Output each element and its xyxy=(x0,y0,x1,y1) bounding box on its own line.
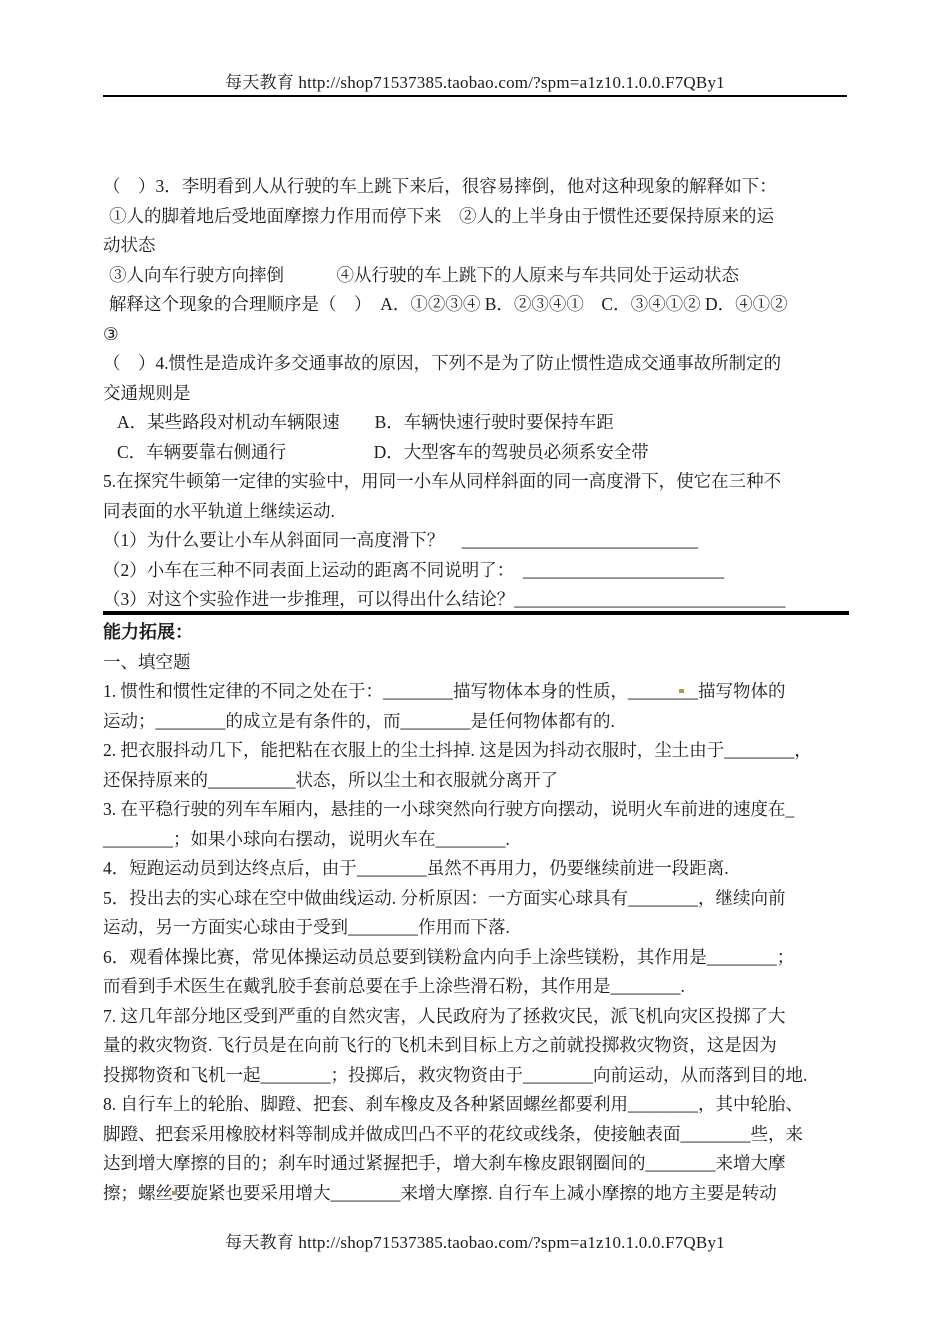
worksheet-section-extension: 能力拓展：一、填空题1. 惯性和惯性定律的不同之处在于：________描写物体… xyxy=(103,618,863,1208)
document-line: 1. 惯性和惯性定律的不同之处在于：________描写物体本身的性质，____… xyxy=(103,677,863,707)
document-line: 6．观看体操比赛，常见体操运动员总要到镁粉盒内向手上涂些镁粉，其作用是_____… xyxy=(103,943,863,973)
document-line: C．车辆要靠右侧通行 D．大型客车的驾驶员必须系安全带 xyxy=(103,438,863,468)
document-line: 解释这个现象的合理顺序是（ ） A．①②③④ B．②③④① C．③④①② D．④… xyxy=(103,290,863,320)
document-line: 3. 在平稳行驶的列车车厢内，悬挂的一小球突然向行驶方向摆动，说明火车前进的速度… xyxy=(103,795,863,825)
document-line: （ ）4.惯性是造成许多交通事故的原因，下列不是为了防止惯性造成交通事故所制定的 xyxy=(103,349,863,379)
document-line: 运动，另一方面实心球由于受到________作用而下落. xyxy=(103,913,863,943)
document-line: 擦；螺丝要旋紧也要采用增大________来增大摩擦. 自行车上减小摩擦的地方主… xyxy=(103,1179,863,1209)
document-line: ③人向车行驶方向摔倒 ④从行驶的车上跳下的人原来与车共同处于运动状态 xyxy=(103,261,863,291)
worksheet-page: 每天教育 http://shop71537385.taobao.com/?spm… xyxy=(0,0,950,1342)
document-line: 一、填空题 xyxy=(103,648,863,678)
document-line: 运动；________的成立是有条件的，而________是任何物体都有的. xyxy=(103,707,863,737)
highlight-dot xyxy=(679,689,684,693)
document-line: 4．短跑运动员到达终点后，由于________虽然不再用力，仍要继续前进一段距离… xyxy=(103,854,863,884)
section-divider xyxy=(103,611,849,615)
document-line: 还保持原来的__________状态，所以尘土和衣服就分离开了 xyxy=(103,766,863,796)
document-line: 动状态 xyxy=(103,231,863,261)
document-line: 达到增大摩擦的目的；刹车时通过紧握把手，增大刹车橡皮跟钢圈间的________来… xyxy=(103,1149,863,1179)
document-line: 7. 这几年部分地区受到严重的自然灾害，人民政府为了拯救灾民，派飞机向灾区投掷了… xyxy=(103,1002,863,1032)
document-line: 脚蹬、把套采用橡胶材料等制成并做成凹凸不平的花纹或线条，使接触表面_______… xyxy=(103,1120,863,1150)
worksheet-section-basic: （ ）3．李明看到人从行驶的车上跳下来后，很容易摔倒，他对这种现象的解释如下：①… xyxy=(103,172,863,615)
document-line: ①人的脚着地后受地面摩擦力作用而停下来 ②人的上半身由于惯性还要保持原来的运 xyxy=(103,202,863,232)
header-text: 每天教育 http://shop71537385.taobao.com/?spm… xyxy=(0,68,950,93)
document-line: 5．投出去的实心球在空中做曲线运动. 分析原因：一方面实心球具有________… xyxy=(103,884,863,914)
document-line: ________；如果小球向右摆动，说明火车在________. xyxy=(103,825,863,855)
document-line: 5.在探究牛顿第一定律的实验中，用同一小车从同样斜面的同一高度滑下，使它在三种不 xyxy=(103,467,863,497)
document-line: ③ xyxy=(103,320,863,350)
document-line: 投掷物资和飞机一起________；投掷后，救灾物资由于________向前运动… xyxy=(103,1061,863,1091)
document-line: 2. 把衣服抖动几下，能把粘在衣服上的尘土抖掉. 这是因为抖动衣服时，尘土由于_… xyxy=(103,736,863,766)
document-line: 而看到手术医生在戴乳胶手套前总要在手上涂些滑石粉，其作用是________. xyxy=(103,972,863,1002)
header-rule xyxy=(103,95,847,97)
document-line: （ ）3．李明看到人从行驶的车上跳下来后，很容易摔倒，他对这种现象的解释如下： xyxy=(103,172,863,202)
document-line: 同表面的水平轨道上继续运动. xyxy=(103,497,863,527)
document-line: 能力拓展： xyxy=(103,618,863,648)
document-line: （2）小车在三种不同表面上运动的距离不同说明了： _______________… xyxy=(103,556,863,586)
document-line: （1）为什么要让小车从斜面同一高度滑下？ ___________________… xyxy=(103,526,863,556)
document-line: 交通规则是 xyxy=(103,379,863,409)
highlight-dot xyxy=(172,1191,177,1195)
document-line: 8. 自行车上的轮胎、脚蹬、把套、刹车橡皮及各种紧固螺丝都要利用________… xyxy=(103,1090,863,1120)
document-line: 量的救灾物资. 飞行员是在向前飞行的飞机未到目标上方之前就投掷救灾物资，这是因为 xyxy=(103,1031,863,1061)
document-line: A．某些路段对机动车辆限速 B．车辆快速行驶时要保持车距 xyxy=(103,408,863,438)
footer-text: 每天教育 http://shop71537385.taobao.com/?spm… xyxy=(0,1228,950,1253)
